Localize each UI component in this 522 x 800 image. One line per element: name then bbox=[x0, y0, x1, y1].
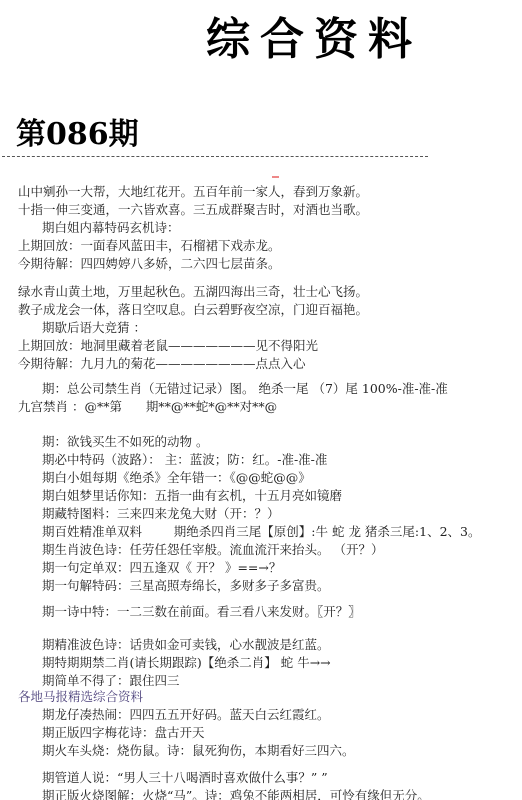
tip-line: 期百姓精准单双料 期绝杀四肖三尾【原创】:牛 蛇 龙 猪杀三尾:1、2、3。 bbox=[42, 523, 481, 541]
tip-line: 期龙仔凑热闹：四四五五开好码。蓝天白云红霞红。 bbox=[42, 706, 330, 724]
tip-line: 期一诗中特：一二三数在前面。看三看八来发财。〖开？〗 bbox=[42, 603, 361, 621]
tip-line: 期白小姐每期《绝杀》全年错一：《@@蛇@@》 bbox=[42, 469, 311, 487]
decorative-mark bbox=[272, 176, 279, 178]
poem-line: 绿水青山黄土地，万里起秋色。五湖四海出三奇，壮士心飞扬。 bbox=[18, 283, 368, 301]
tip-line: 期火车头烧：烧伤鼠。诗：鼠死狗伤，本期看好三四六。 bbox=[42, 742, 355, 760]
section-heading: 期歇后语大竞猜 ： bbox=[42, 319, 146, 337]
poem-line: 教子成龙会一体，落日空叹息。白云碧野夜空凉，门迎百福艳。 bbox=[18, 301, 368, 319]
dashed-divider bbox=[2, 156, 428, 157]
tip-line: 期一句定单双：四五逢双《 开？ 》==→？ bbox=[42, 559, 281, 577]
tip-line: 期必中特码（波路）： 主：蓝波；防：红。-准-准-准 bbox=[42, 451, 327, 469]
tip-line: 期：欲钱买生不如死的动物 。 bbox=[42, 433, 208, 451]
tip-line: 期藏特图料：三来四来龙兔大财（开：？） bbox=[42, 505, 280, 523]
page-title: 综合资料 bbox=[206, 12, 422, 68]
tip-line: 期管道人说：“男人三十八喝酒时喜欢做什么事？” ” bbox=[42, 769, 328, 787]
poem-line: 山中剜孙一大帮，大地红花开。五百年前一家人，春到万象新。 bbox=[18, 183, 368, 201]
forbidden-zodiac-line: 期：总公司禁生肖（无错过记录）图。 绝杀一尾 （7）尾 100%-准-准-准 bbox=[42, 380, 448, 398]
section-heading-ma-bao: 各地马报精选综合资料 bbox=[18, 688, 143, 706]
section-heading: 期白姐内幕特码玄机诗： bbox=[42, 219, 180, 237]
previous-answer: 上期回放：一面春风蓝田丰，石榴裙下戏赤龙。 bbox=[18, 237, 281, 255]
issue-number: 第086期 bbox=[16, 115, 139, 155]
tip-line: 期特期期禁二肖(请长期跟踪)【绝杀二肖】 蛇 牛→→ bbox=[42, 654, 331, 672]
current-riddle: 今期待解：四四娉婷八多娇，二六四七层苗条。 bbox=[18, 255, 281, 273]
current-riddle: 今期待解：九月九的菊花————————点点入心 bbox=[18, 355, 306, 373]
poem-line: 十指一伸三变通，一六皆欢喜。三五成群聚吉时，对酒也当歌。 bbox=[18, 201, 368, 219]
tip-line: 期白姐梦里话你知：五指一曲有玄机，十五月亮如镜磨 bbox=[42, 487, 342, 505]
tip-line: 期一句解特码：三星高照寿绵长，多财多子多富贵。 bbox=[42, 577, 330, 595]
previous-answer: 上期回放：地洞里藏着老鼠———————见不得阳光 bbox=[18, 337, 318, 355]
tip-line: 期精准波色诗：话贵如金可卖钱，心水靓波是红蓝。 bbox=[42, 636, 330, 654]
nine-palace-line: 九宫禁肖 ：@**第 期**@**蛇*@**对**@ bbox=[18, 398, 277, 416]
tip-line: 期生肖波色诗：任劳任怨任宰般。流血流汗来抬头。 （开？） bbox=[42, 541, 383, 559]
tip-line: 期正版火烧图解：火烧“马”。诗：鸡兔不能两相居，可怜有缘但无分。 bbox=[42, 787, 430, 800]
tip-line: 期正版四字梅花诗：盘古开天 bbox=[42, 724, 205, 742]
